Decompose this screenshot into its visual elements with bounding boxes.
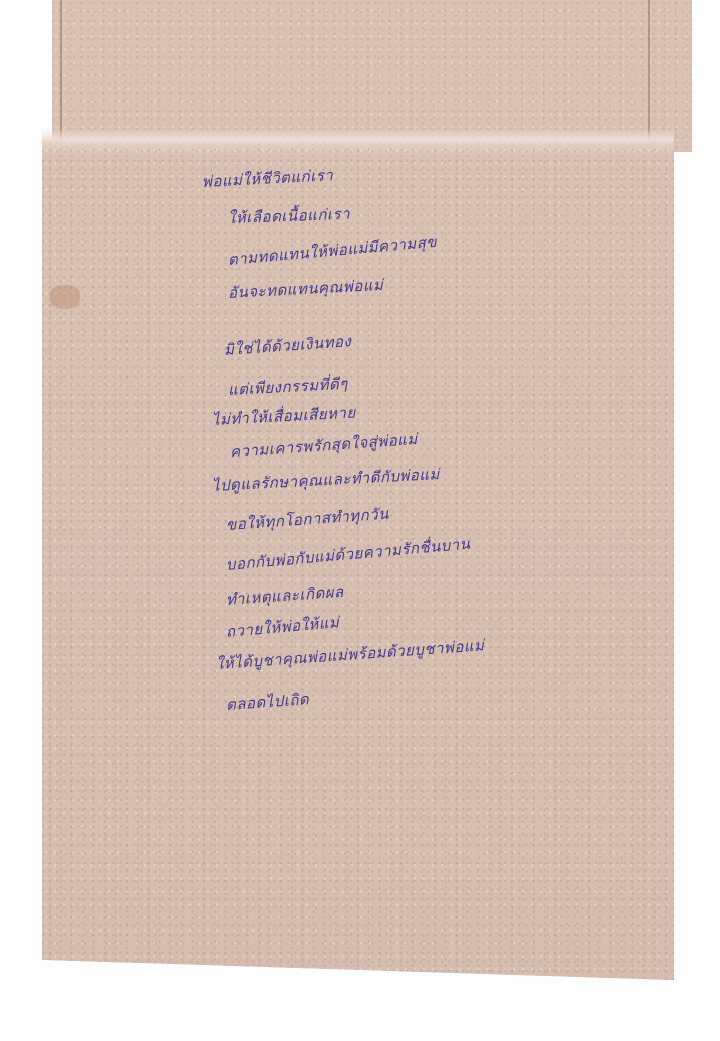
poem-line: ให้เลือดเนื้อแก่เรา bbox=[228, 202, 351, 230]
paper-stain bbox=[50, 285, 80, 309]
paper-fold bbox=[42, 128, 674, 146]
